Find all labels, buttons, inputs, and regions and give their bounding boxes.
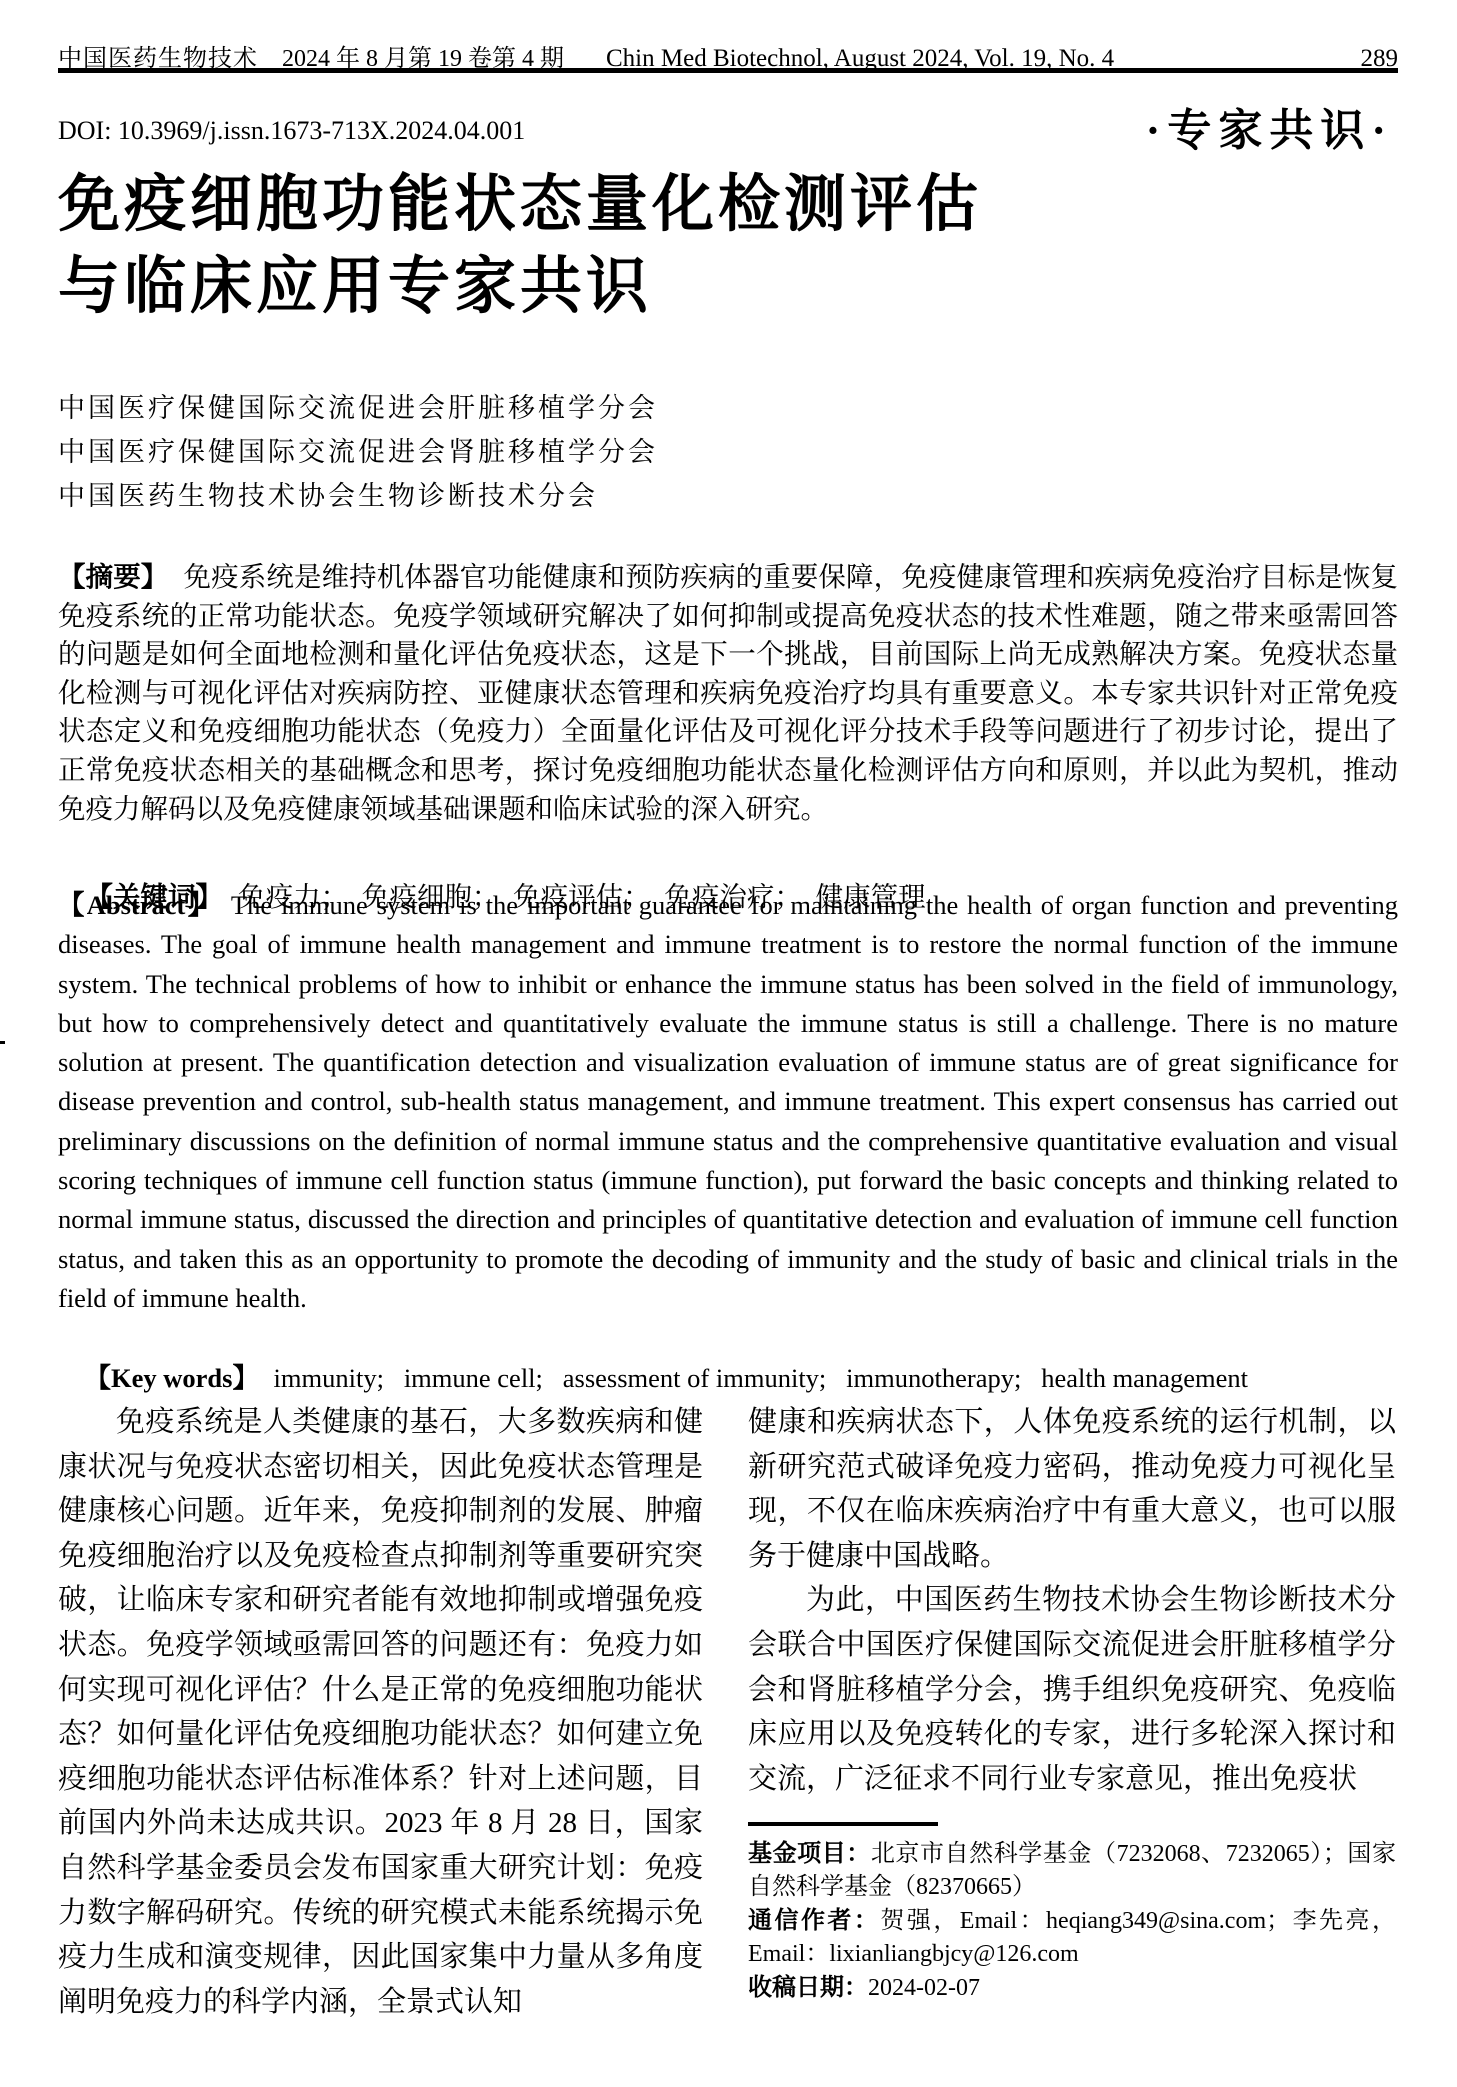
affiliation-item: 中国医疗保健国际交流促进会肾脏移植学分会 bbox=[58, 430, 658, 474]
article-title-line1: 免疫细胞功能状态量化检测评估 bbox=[58, 164, 1258, 246]
article-title: 免疫细胞功能状态量化检测评估 与临床应用专家共识 bbox=[58, 164, 1258, 328]
footnote-rule bbox=[748, 1822, 938, 1826]
footnote-received: 收稿日期：2024-02-07 bbox=[748, 1972, 1396, 2005]
abstract-cn-text: 免疫系统是维持机体器官功能健康和预防疾病的重要保障，免疫健康管理和疾病免疫治疗目… bbox=[58, 561, 1398, 824]
abstract-en-text: The immune system is the important guara… bbox=[58, 890, 1398, 1313]
abstract-en-label: 【Abstract】 bbox=[58, 890, 216, 920]
abstract-en: 【Abstract】The immune system is the impor… bbox=[58, 886, 1398, 1318]
doi: DOI: 10.3969/j.issn.1673-713X.2024.04.00… bbox=[58, 116, 525, 146]
received-label: 收稿日期： bbox=[748, 1975, 868, 2001]
body-right-column: 健康和疾病状态下，人体免疫系统的运行机制，以新研究范式破译免疫力密码，推动免疫力… bbox=[748, 1400, 1396, 1801]
body-right-continuation: 健康和疾病状态下，人体免疫系统的运行机制，以新研究范式破译免疫力密码，推动免疫力… bbox=[748, 1400, 1396, 1578]
received-text: 2024-02-07 bbox=[868, 1975, 980, 2001]
column-badge: ·专家共识· bbox=[1146, 94, 1393, 158]
keywords-en-label: 【Key words】 bbox=[85, 1363, 259, 1393]
footnote: 基金项目：北京市自然科学基金（7232068、7232065）；国家自然科学基金… bbox=[748, 1838, 1396, 2005]
affiliation-item: 中国医疗保健国际交流促进会肝脏移植学分会 bbox=[58, 386, 658, 430]
body-left-paragraph: 免疫系统是人类健康的基石，大多数疾病和健康状况与免疫状态密切相关，因此免疫状态管… bbox=[58, 1400, 703, 2024]
body-left-column: 免疫系统是人类健康的基石，大多数疾病和健康状况与免疫状态密切相关，因此免疫状态管… bbox=[58, 1400, 703, 2024]
header-rule bbox=[58, 68, 1398, 73]
journal-page: 中国医药生物技术 2024 年 8 月第 19 卷第 4 期 Chin Med … bbox=[0, 0, 1457, 2087]
abstract-cn-label: 【摘要】 bbox=[58, 561, 168, 592]
scan-artifact bbox=[0, 1041, 5, 1044]
article-title-line2: 与临床应用专家共识 bbox=[58, 246, 1258, 328]
fund-label: 基金项目： bbox=[748, 1841, 871, 1867]
affiliation-item: 中国医药生物技术协会生物诊断技术分会 bbox=[58, 474, 658, 518]
footnote-correspondence: 通信作者：贺强，Email：heqiang349@sina.com；李先亮，Em… bbox=[748, 1905, 1396, 1972]
correspondence-label: 通信作者： bbox=[748, 1908, 880, 1934]
footnote-fund: 基金项目：北京市自然科学基金（7232068、7232065）；国家自然科学基金… bbox=[748, 1838, 1396, 1905]
keywords-en-text: immunity; immune cell; assessment of imm… bbox=[274, 1363, 1248, 1393]
body-right-paragraph: 为此，中国医药生物技术协会生物诊断技术分会联合中国医疗保健国际交流促进会肝脏移植… bbox=[748, 1578, 1396, 1801]
abstract-cn: 【摘要】免疫系统是维持机体器官功能健康和预防疾病的重要保障，免疫健康管理和疾病免… bbox=[58, 558, 1398, 828]
affiliations: 中国医疗保健国际交流促进会肝脏移植学分会 中国医疗保健国际交流促进会肾脏移植学分… bbox=[58, 386, 658, 518]
